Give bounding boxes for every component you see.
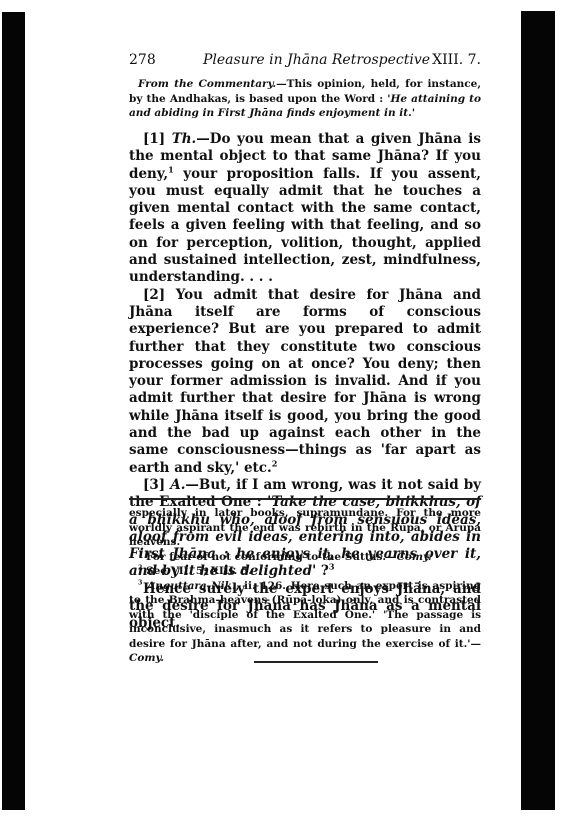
paragraph-1: [1] Th.—Do you mean that a given Jhāna i… [129,131,481,287]
running-title: Pleasure in Jhāna Retrospective [203,50,430,70]
footnotes: especially in later books, supramundane.… [129,506,481,666]
footnote-source: Comy. [397,551,432,563]
commentary-close: ' [412,107,415,119]
footnote-2: 2 See VII. 5; XIII. 5. [129,564,481,579]
footnote-text: See VII. 5; XIII. 5. [142,565,252,577]
paragraph-text: [2] You admit that desire for Jhāna and … [129,287,481,476]
footnote-reference: Anguttara-Nik. [142,580,235,592]
footnote-source: Comy. [129,652,164,664]
speaker: Th. [172,131,197,147]
footnote-separator-rule [129,498,481,500]
running-head: 278 Pleasure in Jhāna Retrospective XIII… [129,50,481,70]
paragraph-text: your proposition falls. If you assent, y… [129,166,481,286]
paragraph-2: [2] You admit that desire for Jhāna and … [129,287,481,477]
commentary-label: From the Commentary. [138,78,276,90]
scan-edge-right [521,11,555,810]
paragraph-marker: [3] [143,477,170,493]
footnote-1: 1 For fear of not conforming to the Sutt… [129,550,481,565]
commentary-note: From the Commentary.—This opinion, held,… [129,77,481,121]
speaker: A. [170,477,185,493]
page-number: 278 [129,50,156,70]
scan-edge-left [2,12,25,810]
footnote-3: 3 Anguttara-Nik., ii. 126. Here such an … [129,579,481,666]
footnote-text: For fear of not conforming to the Suttas… [142,551,396,563]
footnote-ref: 2 [272,458,278,468]
section-end-rule [254,661,378,663]
paragraph-marker: [1] [143,131,172,147]
section-number: XIII. 7. [432,50,481,70]
footnote-carryover: especially in later books, supramundane.… [129,506,481,550]
